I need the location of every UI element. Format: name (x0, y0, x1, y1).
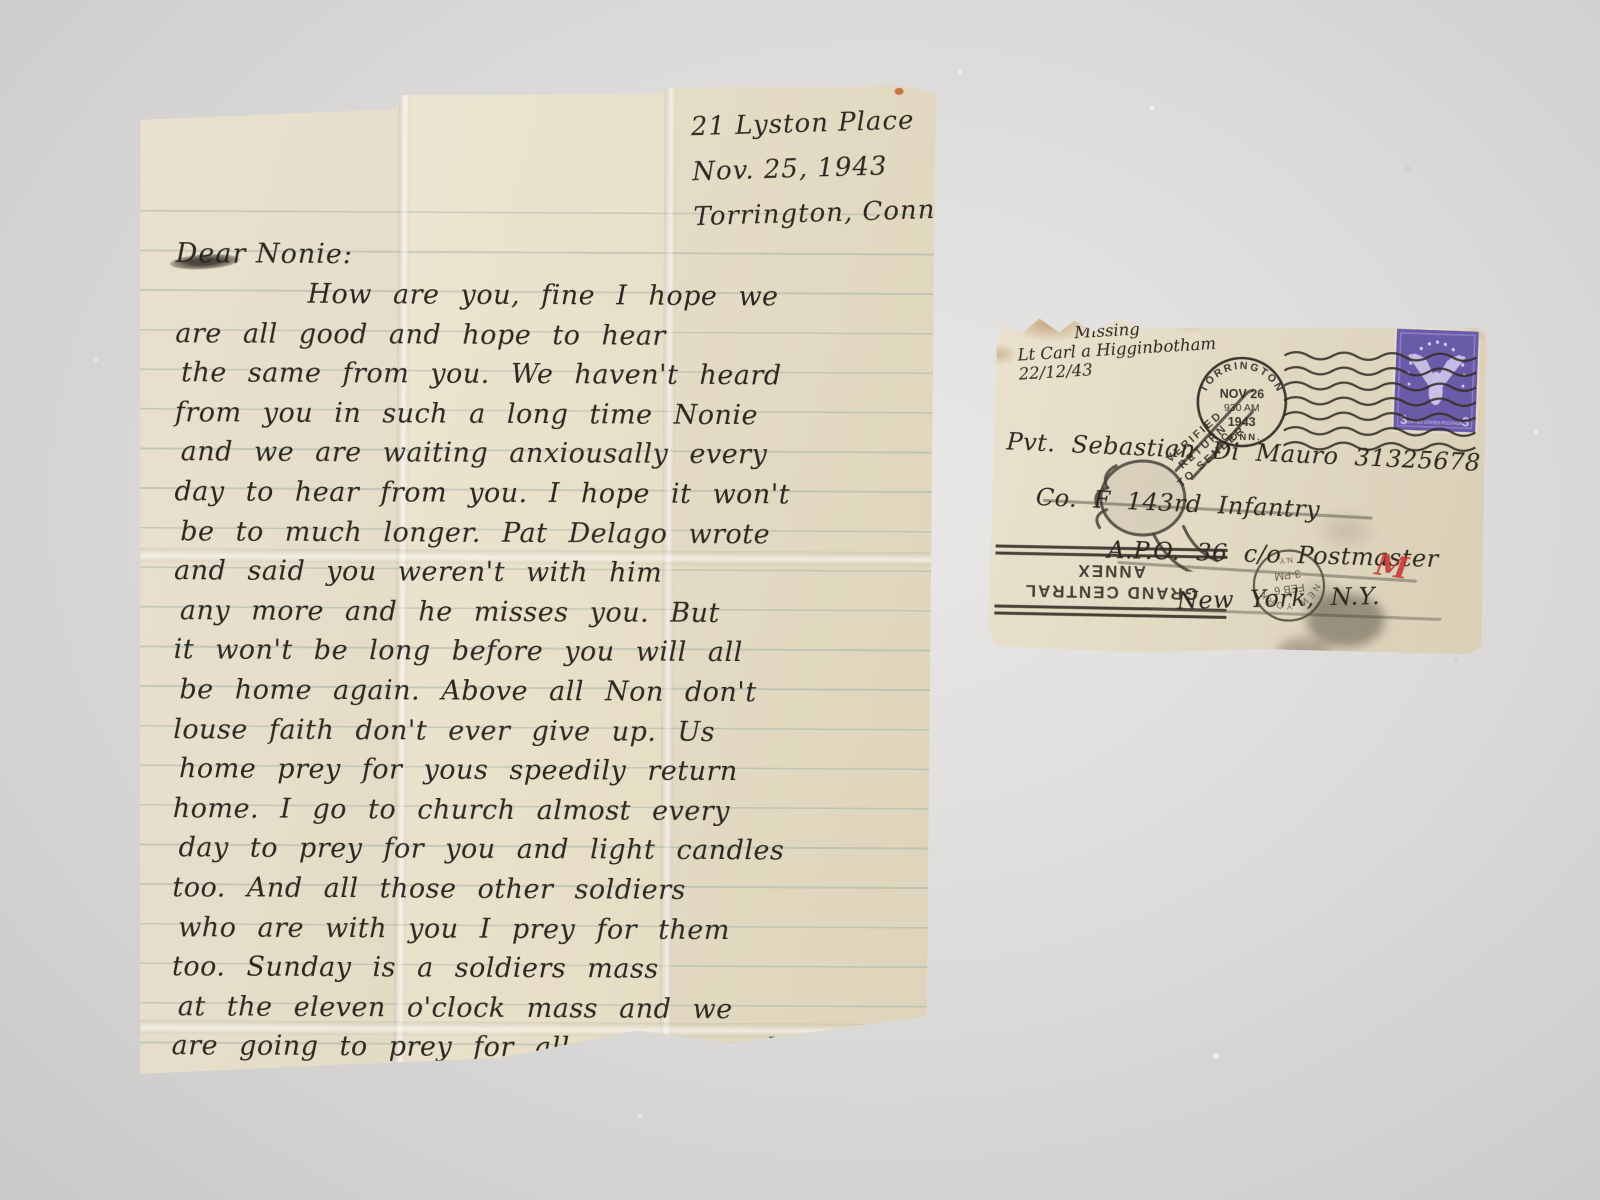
letter-line: who are with you I prey for them (178, 912, 919, 955)
letter-line: day to hear from you. I hope it won't (174, 476, 921, 520)
letter-line: and we are waiting anxiousally every (181, 437, 922, 480)
ink-smudge (1276, 637, 1331, 672)
photo-backdrop: 21 Lyston Place Nov. 25, 1943 Torrington… (0, 0, 1600, 1200)
letter-city: Torrington, Conn. (693, 188, 945, 240)
letter-line: it won't be long before you will all (174, 634, 921, 678)
letter-line: the same from you. We haven't heard (181, 357, 922, 400)
letter-line: louse faith don't ever give up. Us (173, 714, 920, 758)
red-pencil-mark: M (1373, 547, 1411, 587)
letter-header: 21 Lyston Place Nov. 25, 1943 Torrington… (690, 98, 945, 240)
envelope: GRAND CENTRAL ANNEX NEW YORK FEB 6 3-PM … (986, 309, 1487, 659)
handwritten-letter: 21 Lyston Place Nov. 25, 1943 Torrington… (135, 82, 935, 1086)
paper-stain-speck (895, 88, 904, 95)
letter-line: any more and he misses you. But (180, 595, 921, 638)
letter-line: at the eleven o'clock mass and we (178, 991, 919, 1034)
letter-line: home. I go to church almost every (173, 793, 920, 837)
missing-annotation: Missing Lt Carl a Higginbotham 22/12/43 (1016, 315, 1218, 384)
letter-line: be home again. Above all Non don't (179, 674, 920, 717)
cancellation-wavy-lines (1283, 350, 1489, 452)
letter-line: too. Sunday is a soldiers mass (172, 951, 919, 995)
return-address-line: 21 Lyston Place (690, 98, 942, 150)
letter-line: above all you Nonie. Today is (177, 1070, 918, 1113)
letter-line: are all good and hope to hear (175, 318, 922, 362)
letter-line: too. And all those other soldiers (172, 872, 919, 916)
letter-line: be to much longer. Pat Delago wrote (180, 516, 921, 559)
letter-line: day to prey for you and light candles (178, 832, 919, 875)
letter-line: are going to prey for all soldiers and (171, 1030, 918, 1074)
letter-line: from you in such a long time Nonie (175, 397, 922, 441)
letter-body: How are you, fine I hope we are all good… (171, 278, 922, 1113)
letter-date: Nov. 25, 1943 (692, 143, 944, 195)
letter-line: and said you weren't with him (174, 555, 921, 599)
letter-line: How are you, fine I hope we (307, 279, 922, 322)
letter-line: home prey for yous speedily return (179, 753, 920, 796)
